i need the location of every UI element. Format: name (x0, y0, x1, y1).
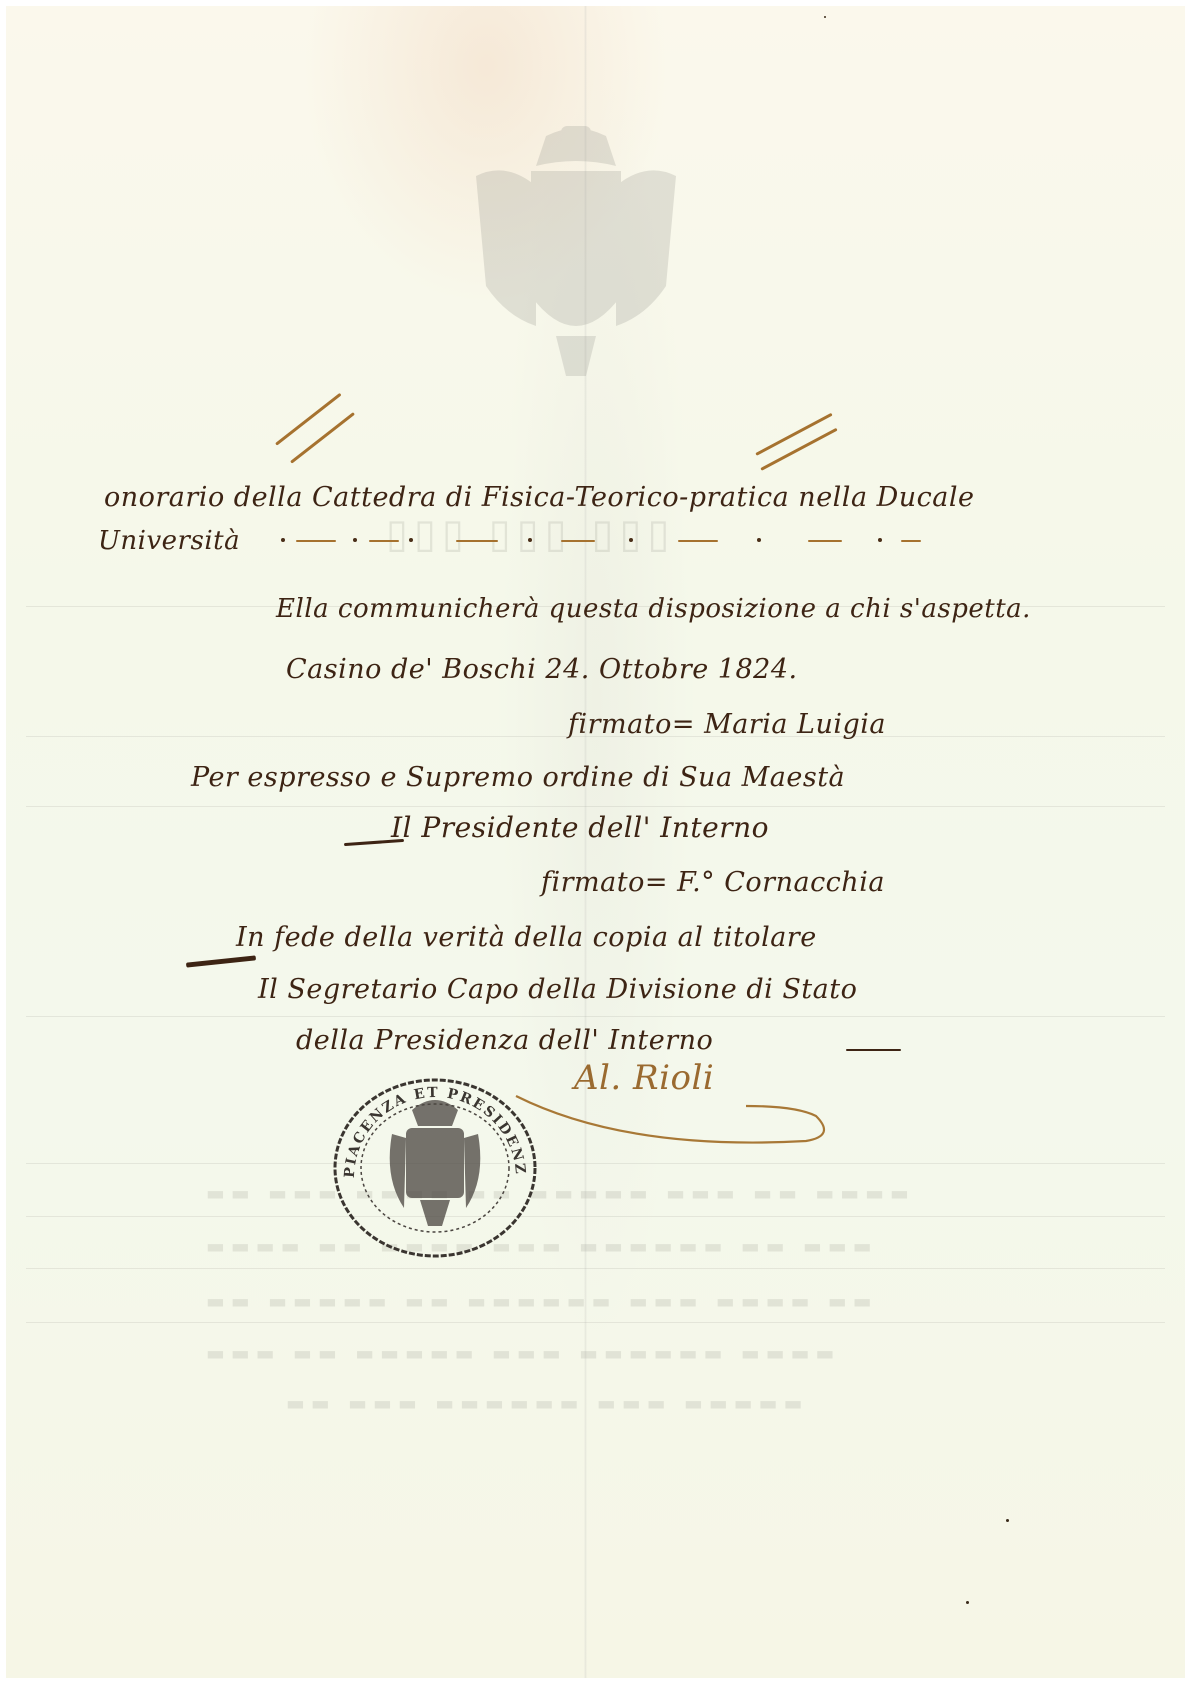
ghost-rule (26, 1322, 1165, 1323)
sovereign-name: Maria Luigia (704, 709, 886, 740)
ditto-mark-left (290, 412, 355, 464)
ghost-rule (26, 1216, 1165, 1217)
ghost-rule (26, 1016, 1165, 1017)
bleed-through-text: ▬▬▬ ▬▬ ▬▬▬▬▬ ▬▬▬ ▬▬▬▬▬▬ ▬▬▬▬ (206, 1341, 840, 1365)
ditto-mark-left (275, 393, 341, 446)
bleed-through-text: ▬▬ ▬▬▬▬▬ ▬▬ ▬▬▬▬▬▬ ▬▬▬ ▬▬▬▬ ▬▬ (206, 1289, 878, 1313)
president-name: F.° Cornacchia (677, 867, 885, 898)
body-line-3: Ella communicherà questa disposizione a … (276, 596, 1031, 622)
watermark-crest-icon (466, 126, 686, 386)
bleed-through-text: ▬▬ ▬▬▬ ▬▬▬▬ ▬▬ ▬▬▬▬▬ ▬▬▬ ▬▬ ▬▬▬▬ (206, 1181, 915, 1205)
closing-dash (846, 1049, 901, 1051)
certification-line-2: Il Segretario Capo della Divisione di St… (258, 976, 857, 1003)
ditto-mark-right (760, 428, 837, 471)
document-page: ▯▯▯ ▯▯▯ ▯▯▯ ▬▬ ▬▬▬ ▬▬▬▬ ▬▬ ▬▬▬▬▬ ▬▬▬ ▬▬ … (6, 6, 1185, 1678)
official-seal-stamp-icon: PIACENZA ET PRESIDENZA DELL' INTERNO (324, 1068, 546, 1258)
flourish-stroke (186, 955, 256, 967)
ghost-rule (26, 806, 1165, 807)
order-line: Per espresso e Supremo ordine di Sua Mae… (191, 764, 845, 791)
body-line-2: Università (98, 528, 240, 554)
signed-prefix: firmato= (541, 867, 668, 898)
signed-president: firmato= F.° Cornacchia (541, 869, 885, 896)
signed-prefix: firmato= (568, 709, 695, 740)
secretary-signature: Al. Rioli (574, 1061, 714, 1095)
paper-speck (824, 16, 826, 18)
signed-sovereign: firmato= Maria Luigia (568, 711, 886, 738)
certification-line-1: In fede della verità della copia al tito… (236, 924, 817, 951)
body-line-1: onorario della Cattedra di Fisica-Teoric… (104, 484, 975, 511)
bleed-through-text: ▬▬ ▬▬▬ ▬▬▬▬▬▬ ▬▬▬ ▬▬▬▬▬ (286, 1391, 808, 1415)
paper-speck (1006, 1519, 1009, 1522)
certification-line-3: della Presidenza dell' Interno (296, 1027, 713, 1054)
paper-speck (966, 1601, 969, 1604)
president-title: Il Presidente dell' Interno (391, 814, 769, 842)
ghost-rule (26, 1268, 1165, 1269)
filler-dashes (281, 534, 1081, 546)
date-line: Casino de' Boschi 24. Ottobre 1824. (286, 656, 798, 683)
